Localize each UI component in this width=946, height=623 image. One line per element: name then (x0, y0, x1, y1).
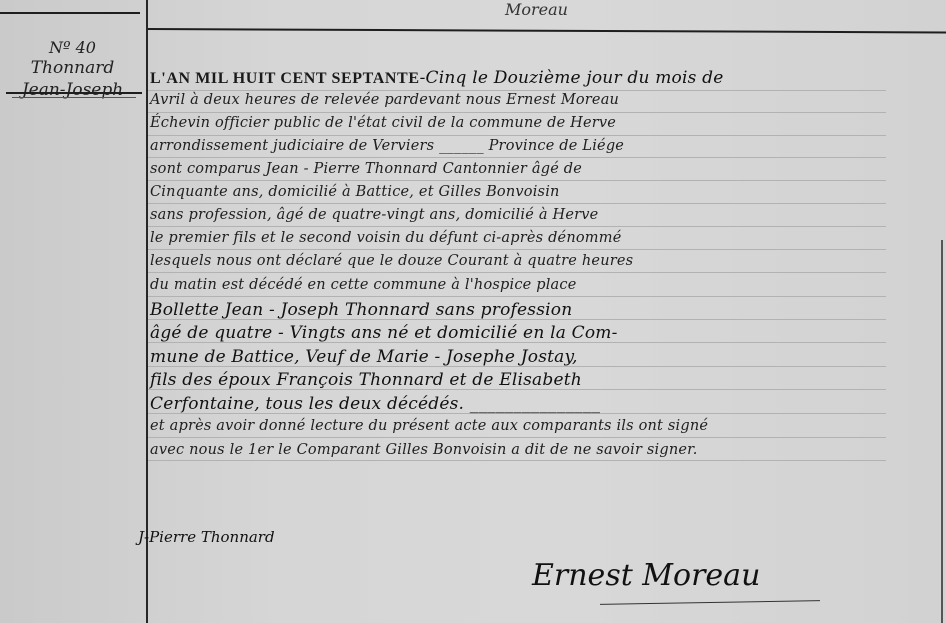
top-divider-right (148, 28, 946, 33)
margin-underline (6, 92, 142, 94)
margin-annotation: Nº 40 Thonnard Jean-Joseph (0, 30, 145, 101)
officer-signature: Ernest Moreau (532, 558, 760, 593)
record-line-10: du matin est décédé en cette commune à l… (150, 277, 577, 293)
record-line-7: sans profession, âgé de quatre-vingt ans… (150, 207, 598, 223)
ruled-line (148, 180, 886, 181)
record-line-1: L'AN MIL HUIT CENT SEPTANTE-Cinq le Douz… (150, 68, 723, 88)
ruled-line (148, 460, 886, 461)
previous-record-signature-fragment: Moreau (505, 0, 568, 19)
record-line-13: mune de Battice, Veuf de Marie - Josephe… (150, 347, 578, 367)
record-line-3: Échevin officier public de l'état civil … (150, 115, 616, 131)
ruled-line (148, 296, 886, 297)
margin-underline-2 (12, 97, 136, 98)
ruled-line (148, 90, 886, 91)
record-line-12: âgé de quatre - Vingts ans né et domicil… (150, 323, 618, 343)
printed-year-heading: L'AN MIL HUIT CENT SEPTANTE (150, 70, 420, 87)
record-line-5: sont comparus Jean - Pierre Thonnard Can… (150, 161, 582, 177)
right-edge-line (941, 240, 943, 623)
margin-surname: Thonnard (0, 57, 145, 79)
record-line-6: Cinquante ans, domicilié à Battice, et G… (150, 184, 560, 200)
ruled-line (148, 112, 886, 113)
record-line-15: Cerfontaine, tous les deux décédés. ____… (150, 394, 600, 414)
ruled-line (148, 135, 886, 136)
ruled-line (148, 437, 886, 438)
record-line-2: Avril à deux heures de relevée pardevant… (150, 92, 619, 108)
top-divider (0, 12, 140, 14)
ruled-line (148, 226, 886, 227)
record-number: Nº 40 (0, 38, 145, 57)
ruled-line (148, 157, 886, 158)
ruled-line (148, 272, 886, 273)
officer-signature-flourish (600, 600, 820, 605)
record-line-9: lesquels nous ont déclaré que le douze C… (150, 253, 633, 269)
ruled-line (148, 249, 886, 250)
declarant-signature: J-Pierre Thonnard (138, 528, 275, 546)
civil-record-page: Moreau Nº 40 Thonnard Jean-Joseph L'AN M… (0, 0, 946, 623)
record-line-16: et après avoir donné lecture du présent … (150, 418, 708, 434)
record-line-14: fils des époux François Thonnard et de E… (150, 370, 582, 390)
record-line-8: le premier fils et le second voisin du d… (150, 230, 622, 246)
record-line-17: avec nous le 1er le Comparant Gilles Bon… (150, 442, 698, 458)
record-line-11: Bollette Jean - Joseph Thonnard sans pro… (150, 300, 572, 320)
ruled-line (148, 203, 886, 204)
record-line-4: arrondissement judiciaire de Verviers __… (150, 138, 624, 154)
